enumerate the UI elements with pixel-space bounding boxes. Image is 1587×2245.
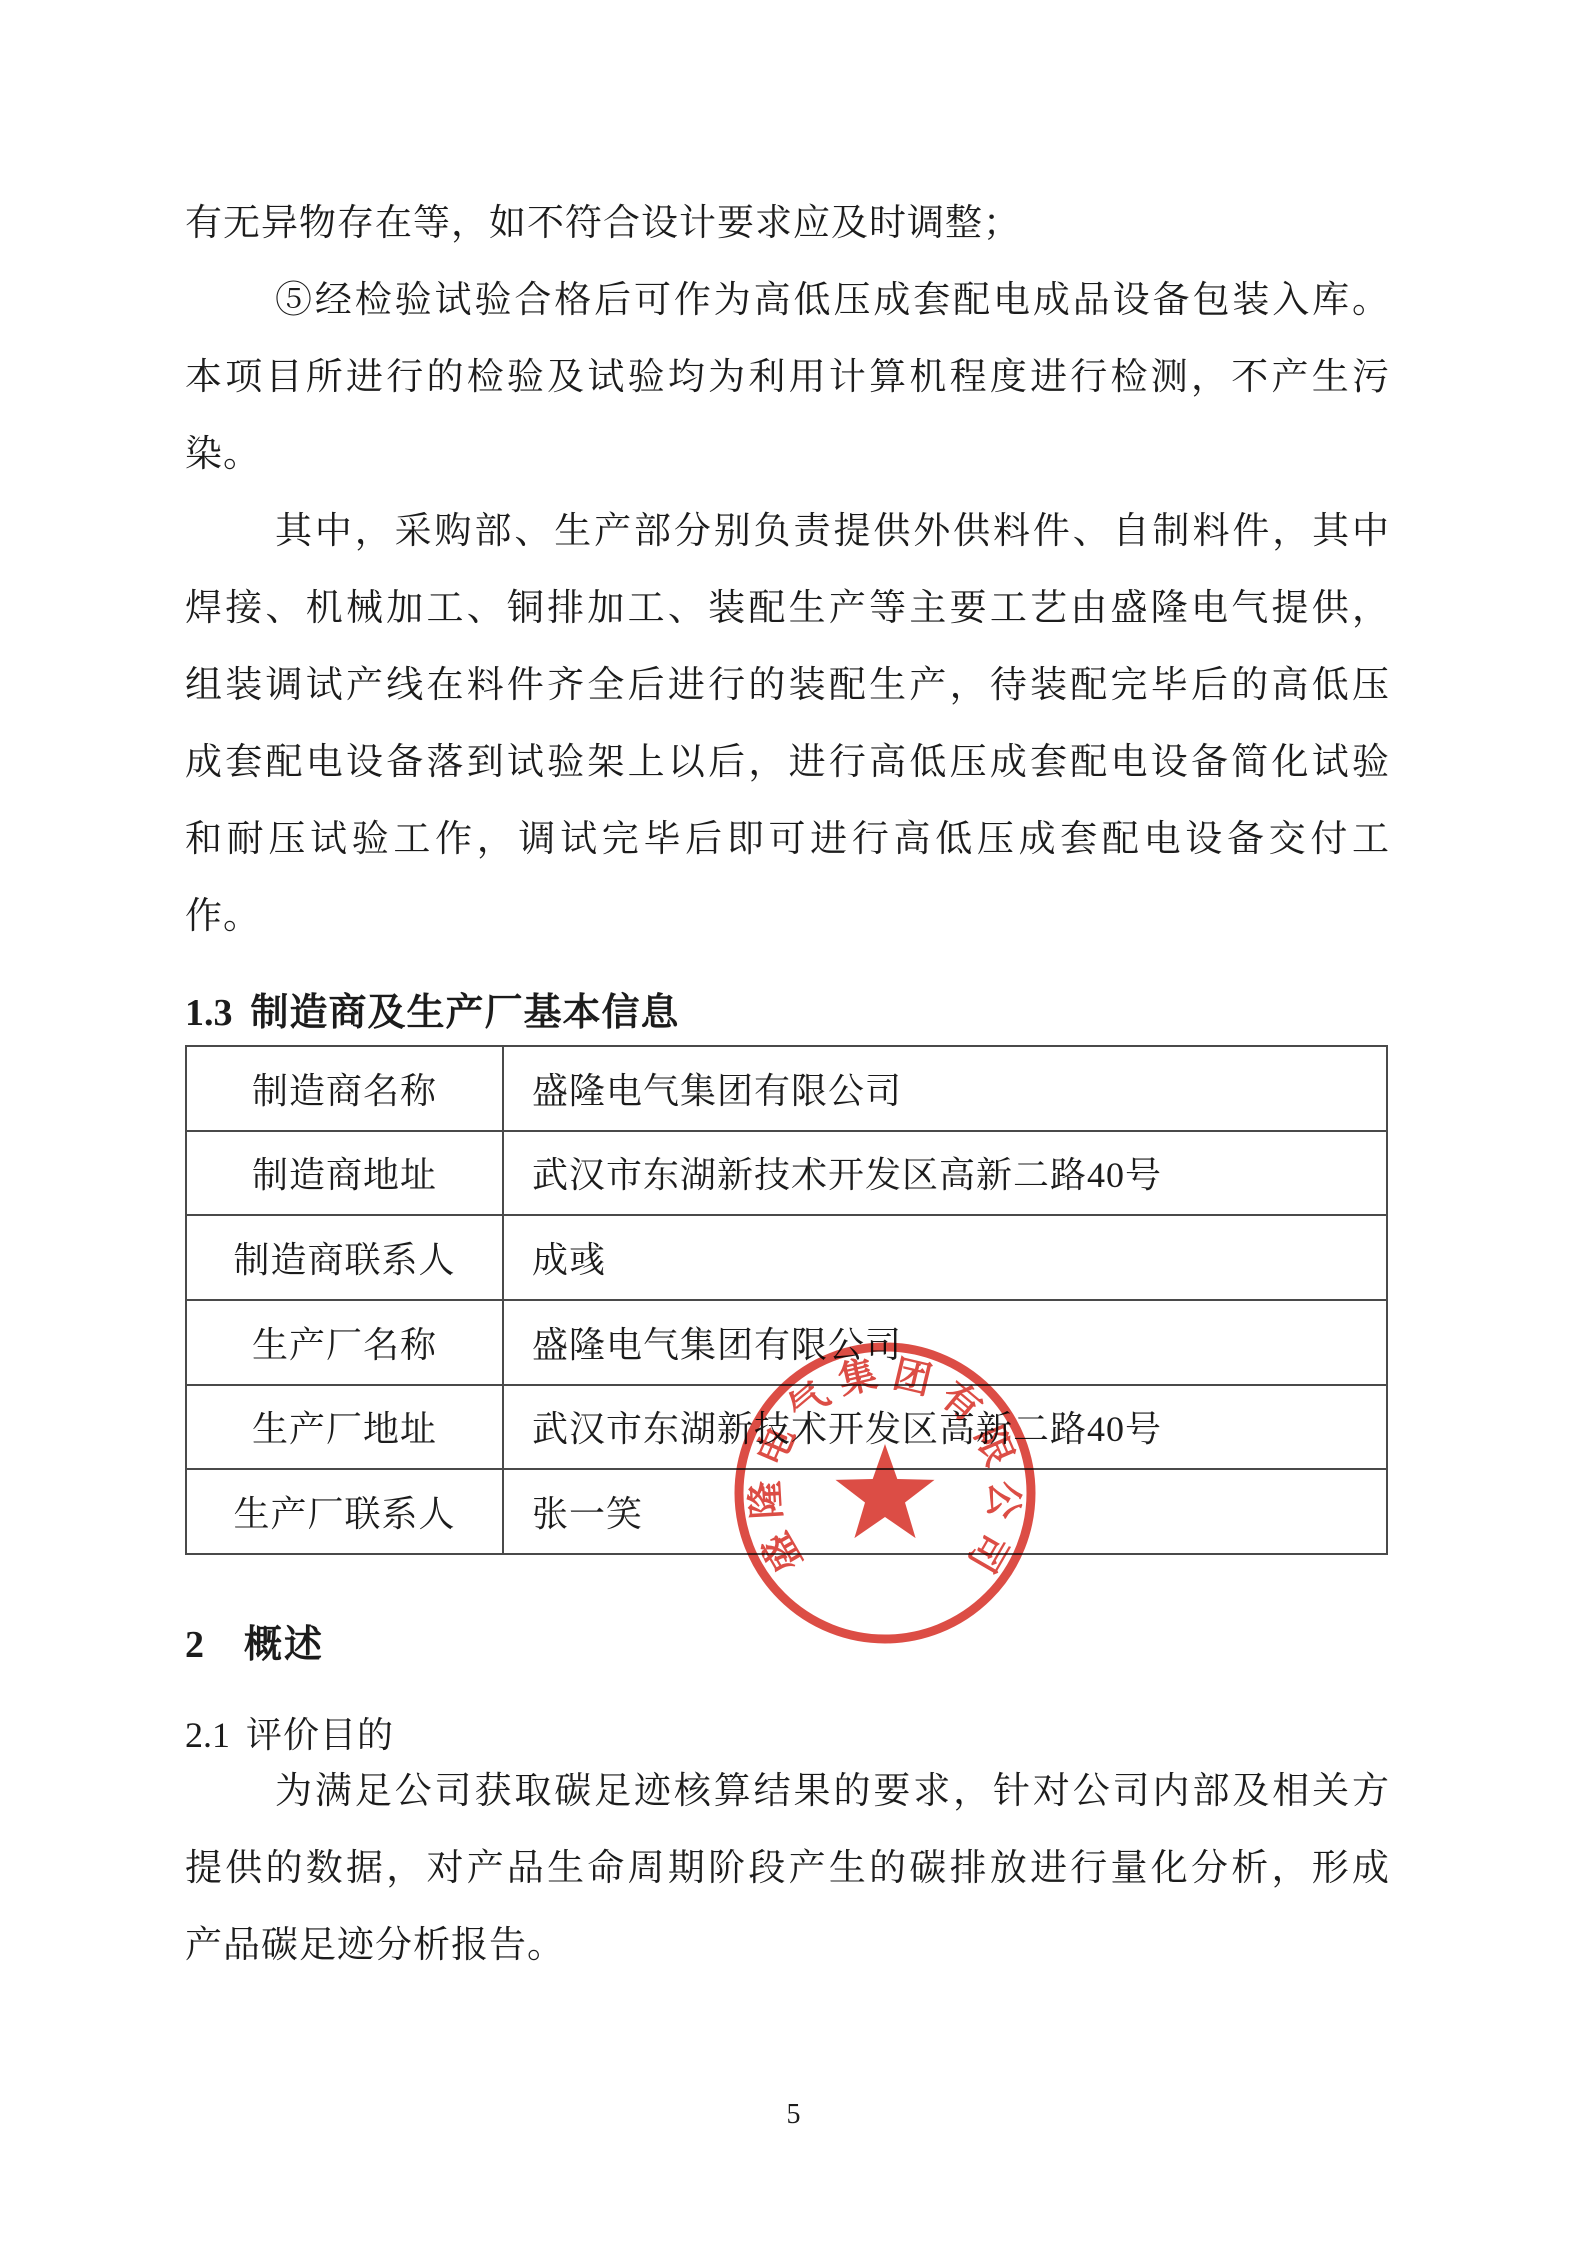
table-row: 生产厂名称 盛隆电气集团有限公司 — [186, 1300, 1387, 1385]
body-line: 作。 — [185, 878, 1390, 955]
row-label: 生产厂地址 — [186, 1385, 503, 1470]
row-label: 生产厂联系人 — [186, 1469, 503, 1554]
row-label: 制造商联系人 — [186, 1215, 503, 1300]
section-heading-2: 2概述 — [185, 1607, 1390, 1684]
body-line: 成套配电设备落到试验架上以后，进行高低压成套配电设备简化试验 — [185, 724, 1390, 801]
row-value: 武汉市东湖新技术开发区高新二路40号 — [503, 1385, 1387, 1470]
row-value: 武汉市东湖新技术开发区高新二路40号 — [503, 1131, 1387, 1216]
row-value: 盛隆电气集团有限公司 — [503, 1046, 1387, 1131]
table-row: 制造商地址 武汉市东湖新技术开发区高新二路40号 — [186, 1131, 1387, 1216]
table-row: 生产厂联系人 张一笑 — [186, 1469, 1387, 1554]
body-line: ⑤经检验试验合格后可作为高低压成套配电成品设备包装入库。 — [185, 262, 1390, 339]
section-number: 2 — [185, 1624, 204, 1666]
body-line: 提供的数据，对产品生命周期阶段产生的碳排放进行量化分析，形成 — [185, 1830, 1390, 1907]
body-line: 组装调试产线在料件齐全后进行的装配生产，待装配完毕后的高低压 — [185, 647, 1390, 724]
page-number: 5 — [0, 2095, 1587, 2135]
body-line: 有无异物存在等，如不符合设计要求应及时调整； — [185, 185, 1390, 262]
document-page: 有无异物存在等，如不符合设计要求应及时调整； ⑤经检验试验合格后可作为高低压成套… — [0, 0, 1587, 2245]
section-heading-1-3: 1.3制造商及生产厂基本信息 — [185, 975, 1390, 1052]
body-line: 染。 — [185, 416, 1390, 493]
table-row: 生产厂地址 武汉市东湖新技术开发区高新二路40号 — [186, 1385, 1387, 1470]
section-title: 概述 — [244, 1624, 324, 1666]
body-line: 产品碳足迹分析报告。 — [185, 1907, 1390, 1984]
row-label: 生产厂名称 — [186, 1300, 503, 1385]
body-line: 其中，采购部、生产部分别负责提供外供料件、自制料件，其中 — [185, 493, 1390, 570]
section-number: 1.3 — [185, 992, 233, 1034]
body-line: 和耐压试验工作，调试完毕后即可进行高低压成套配电设备交付工 — [185, 801, 1390, 878]
body-line: 本项目所进行的检验及试验均为利用计算机程度进行检测，不产生污 — [185, 339, 1390, 416]
table-row: 制造商名称 盛隆电气集团有限公司 — [186, 1046, 1387, 1131]
row-label: 制造商名称 — [186, 1046, 503, 1131]
row-label: 制造商地址 — [186, 1131, 503, 1216]
table-row: 制造商联系人 成彧 — [186, 1215, 1387, 1300]
body-line: 为满足公司获取碳足迹核算结果的要求，针对公司内部及相关方 — [185, 1753, 1390, 1830]
section-number: 2.1 — [185, 1715, 230, 1755]
section-title: 制造商及生产厂基本信息 — [251, 992, 680, 1034]
section-title: 评价目的 — [246, 1715, 394, 1755]
row-value: 成彧 — [503, 1215, 1387, 1300]
body-line: 焊接、机械加工、铜排加工、装配生产等主要工艺由盛隆电气提供， — [185, 570, 1390, 647]
manufacturer-info-table: 制造商名称 盛隆电气集团有限公司 制造商地址 武汉市东湖新技术开发区高新二路40… — [185, 1045, 1388, 1555]
row-value: 张一笑 — [503, 1469, 1387, 1554]
row-value: 盛隆电气集团有限公司 — [503, 1300, 1387, 1385]
